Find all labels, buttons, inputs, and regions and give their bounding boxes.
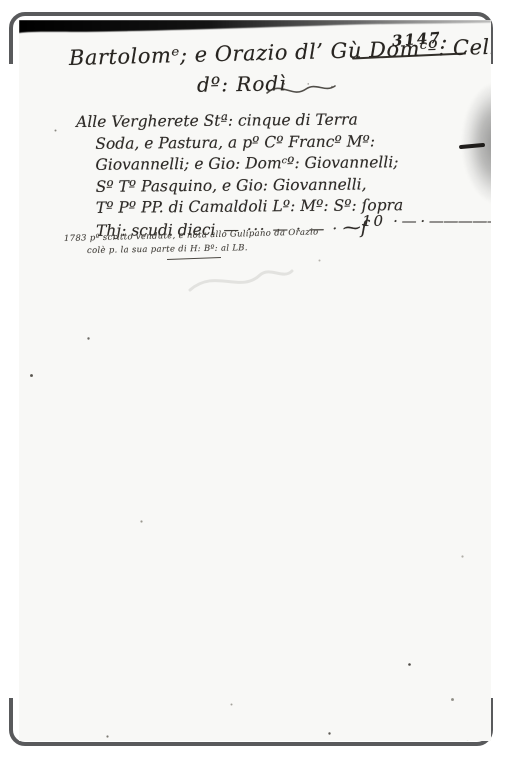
manuscript-page: 3147. Bartolomᵉ; e Orazio dl’ Gù Domᶜº: … xyxy=(19,20,491,741)
pencil-squiggle xyxy=(185,258,297,300)
entry-block: Alle Vergherete Stª: cinque di Terra Sod… xyxy=(76,109,404,242)
entry-line: Giovannelli; e Gio: Domᶜº: Giovannelli; xyxy=(76,152,403,176)
marginal-note-line-2: colè p. la sua parte di H: Bº: al LB. xyxy=(87,243,248,256)
entry-line: Tº Pº PP. di Camaldoli Lº: Mº: Sº: ſopra xyxy=(77,196,404,220)
entry-line: Alle Vergherete Stª: cinque di Terra xyxy=(76,109,403,133)
amount-value: 10 xyxy=(362,212,393,230)
entry-line: Soda, e Pastura, a pº Cº Francº Mº: xyxy=(76,131,403,155)
page-specks xyxy=(19,20,20,21)
heading-line-1: Bartolomᵉ; e Orazio dl’ Gù Domᶜº: Celle xyxy=(69,34,491,70)
entry-line: Sº Tº Pasquino, e Gio: Giovannelli, xyxy=(77,174,404,198)
amount-dash-leader: · — · —————— xyxy=(393,212,491,230)
ink-dots: · · . xyxy=(283,80,342,90)
frame-mask-left xyxy=(0,64,18,698)
amount-row: 10· — · —————— xyxy=(362,212,491,230)
